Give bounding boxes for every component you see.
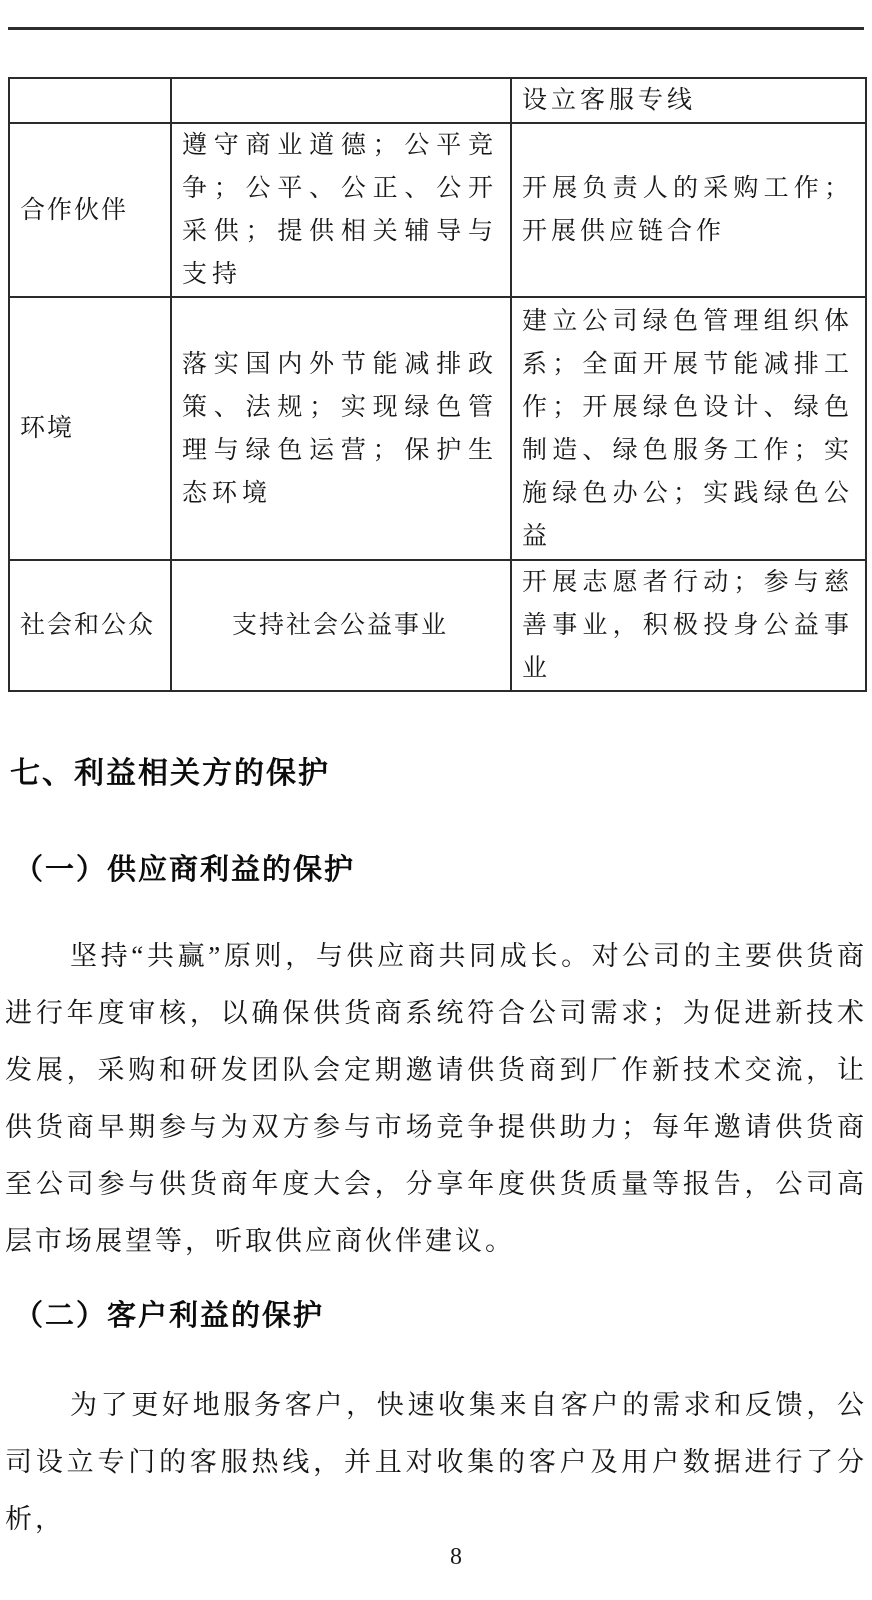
- page-number: 8: [20, 1544, 872, 1571]
- section-heading: 七、利益相关方的保护: [10, 754, 330, 794]
- paragraph-supplier-protection: 坚持“共赢”原则，与供应商共同成长。对公司的主要供货商进行年度审核，以确保供货商…: [5, 928, 867, 1270]
- cell-action: 开展志愿者行动；参与慈善事业，积极投身公益事业: [511, 560, 866, 691]
- cell-stakeholder: 环境: [9, 297, 171, 560]
- table-row: 社会和公众 支持社会公益事业 开展志愿者行动；参与慈善事业，积极投身公益事业: [9, 560, 866, 691]
- table-row: 合作伙伴 遵守商业道德；公平竞争；公平、公正、公开采供；提供相关辅导与支持 开展…: [9, 123, 866, 297]
- cell-commitment: [171, 78, 511, 123]
- header-rule: [8, 27, 864, 30]
- cell-stakeholder: 合作伙伴: [9, 123, 171, 297]
- subsection-heading-customer: （二）客户利益的保护: [14, 1297, 324, 1335]
- subsection-heading-supplier: （一）供应商利益的保护: [14, 851, 355, 889]
- cell-commitment: 落实国内外节能减排政策、法规；实现绿色管理与绿色运营；保护生态环境: [171, 297, 511, 560]
- cell-action: 开展负责人的采购工作；开展供应链合作: [511, 123, 866, 297]
- table-row: 设立客服专线: [9, 78, 866, 123]
- cell-stakeholder: [9, 78, 171, 123]
- cell-action: 设立客服专线: [511, 78, 866, 123]
- document-page: 设立客服专线 合作伙伴 遵守商业道德；公平竞争；公平、公正、公开采供；提供相关辅…: [0, 0, 872, 1600]
- stakeholder-table: 设立客服专线 合作伙伴 遵守商业道德；公平竞争；公平、公正、公开采供；提供相关辅…: [8, 77, 867, 692]
- cell-commitment: 遵守商业道德；公平竞争；公平、公正、公开采供；提供相关辅导与支持: [171, 123, 511, 297]
- cell-stakeholder: 社会和公众: [9, 560, 171, 691]
- paragraph-customer-protection: 为了更好地服务客户，快速收集来自客户的需求和反馈，公司设立专门的客服热线，并且对…: [5, 1377, 867, 1548]
- cell-commitment: 支持社会公益事业: [171, 560, 511, 691]
- cell-action: 建立公司绿色管理组织体系；全面开展节能减排工作；开展绿色设计、绿色制造、绿色服务…: [511, 297, 866, 560]
- table-row: 环境 落实国内外节能减排政策、法规；实现绿色管理与绿色运营；保护生态环境 建立公…: [9, 297, 866, 560]
